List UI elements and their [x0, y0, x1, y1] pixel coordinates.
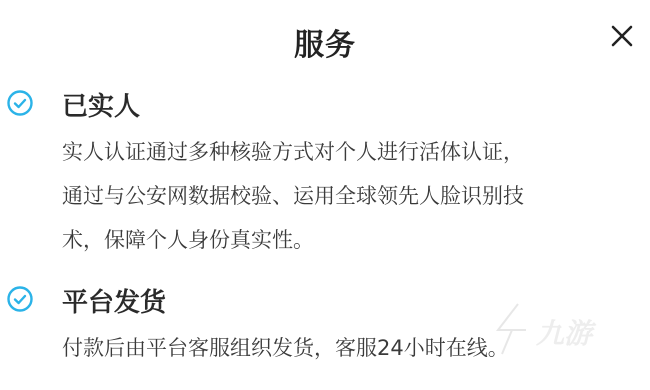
- section-title: 平台发货: [62, 282, 166, 319]
- description-line: 实人认证通过多种核验方式对个人进行活体认证，: [62, 130, 642, 174]
- modal-header: 服务: [0, 0, 650, 80]
- check-circle-icon: [7, 90, 33, 116]
- watermark-text: 九游: [536, 312, 592, 352]
- description-line: 通过与公安网数据校验、运用全球领先人脸识别技: [62, 174, 642, 218]
- check-circle-icon: [7, 286, 33, 312]
- section-title: 已实人: [62, 86, 140, 123]
- description-line: 术，保障个人身份真实性。: [62, 218, 642, 262]
- watermark-logo-icon: [488, 300, 538, 360]
- close-icon[interactable]: [604, 18, 640, 54]
- section-verified: 已实人 实人认证通过多种核验方式对个人进行活体认证， 通过与公安网数据校验、运用…: [0, 80, 650, 260]
- watermark: 九游: [488, 300, 618, 360]
- close-button[interactable]: [604, 18, 640, 54]
- modal-title: 服务: [0, 20, 650, 64]
- section-description: 实人认证通过多种核验方式对个人进行活体认证， 通过与公安网数据校验、运用全球领先…: [62, 130, 642, 262]
